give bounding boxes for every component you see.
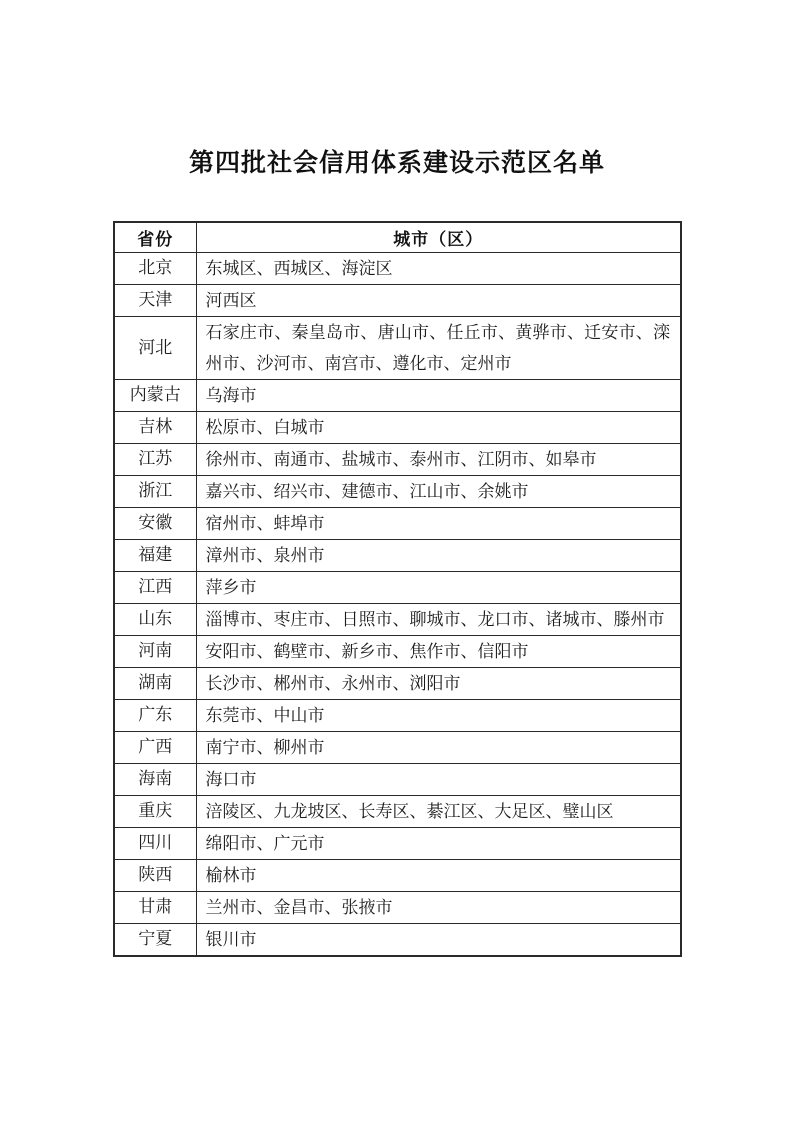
cities-cell: 松原市、白城市 (196, 411, 681, 443)
table-row: 海南 海口市 (114, 763, 681, 795)
cities-cell: 绵阳市、广元市 (196, 827, 681, 859)
province-cell: 四川 (114, 827, 196, 859)
cities-cell: 宿州市、蚌埠市 (196, 507, 681, 539)
province-cell: 海南 (114, 763, 196, 795)
province-cell: 陕西 (114, 859, 196, 891)
province-cell: 河北 (114, 316, 196, 379)
cities-cell: 石家庄市、秦皇岛市、唐山市、任丘市、黄骅市、迁安市、滦州市、沙河市、南宫市、遵化… (196, 316, 681, 379)
document-page: 第四批社会信用体系建设示范区名单 省份 城市（区） 北京 东城区、西城区、海淀区… (0, 0, 794, 1123)
province-cell: 福建 (114, 539, 196, 571)
province-cell: 天津 (114, 284, 196, 316)
province-cell: 广西 (114, 731, 196, 763)
table-row: 四川 绵阳市、广元市 (114, 827, 681, 859)
table-row: 河南 安阳市、鹤壁市、新乡市、焦作市、信阳市 (114, 635, 681, 667)
table-row: 安徽 宿州市、蚌埠市 (114, 507, 681, 539)
table-row: 河北 石家庄市、秦皇岛市、唐山市、任丘市、黄骅市、迁安市、滦州市、沙河市、南宫市… (114, 316, 681, 379)
province-cell: 内蒙古 (114, 379, 196, 411)
province-cell: 河南 (114, 635, 196, 667)
table-row: 广西 南宁市、柳州市 (114, 731, 681, 763)
province-cell: 甘肃 (114, 891, 196, 923)
cities-cell: 东莞市、中山市 (196, 699, 681, 731)
table-row: 北京 东城区、西城区、海淀区 (114, 252, 681, 284)
table-row: 甘肃 兰州市、金昌市、张掖市 (114, 891, 681, 923)
table-header-province: 省份 (114, 222, 196, 252)
table-row: 浙江 嘉兴市、绍兴市、建德市、江山市、余姚市 (114, 475, 681, 507)
province-cell: 宁夏 (114, 923, 196, 956)
table-row: 宁夏 银川市 (114, 923, 681, 956)
table-row: 吉林 松原市、白城市 (114, 411, 681, 443)
page-title: 第四批社会信用体系建设示范区名单 (0, 143, 794, 179)
table-row: 重庆 涪陵区、九龙坡区、长寿区、綦江区、大足区、璧山区 (114, 795, 681, 827)
province-cell: 江西 (114, 571, 196, 603)
cities-cell: 涪陵区、九龙坡区、长寿区、綦江区、大足区、璧山区 (196, 795, 681, 827)
table-header-row: 省份 城市（区） (114, 222, 681, 252)
table-row: 天津 河西区 (114, 284, 681, 316)
province-cell: 重庆 (114, 795, 196, 827)
cities-cell: 兰州市、金昌市、张掖市 (196, 891, 681, 923)
cities-cell: 银川市 (196, 923, 681, 956)
cities-cell: 淄博市、枣庄市、日照市、聊城市、龙口市、诸城市、滕州市 (196, 603, 681, 635)
cities-cell: 漳州市、泉州市 (196, 539, 681, 571)
table-row: 江苏 徐州市、南通市、盐城市、泰州市、江阴市、如皋市 (114, 443, 681, 475)
cities-cell: 长沙市、郴州市、永州市、浏阳市 (196, 667, 681, 699)
cities-cell: 河西区 (196, 284, 681, 316)
demonstration-zones-table: 省份 城市（区） 北京 东城区、西城区、海淀区 天津 河西区 河北 石家庄市、秦… (113, 221, 682, 957)
province-cell: 浙江 (114, 475, 196, 507)
province-cell: 山东 (114, 603, 196, 635)
table-row: 江西 萍乡市 (114, 571, 681, 603)
province-cell: 江苏 (114, 443, 196, 475)
province-cell: 广东 (114, 699, 196, 731)
province-cell: 北京 (114, 252, 196, 284)
table-row: 陕西 榆林市 (114, 859, 681, 891)
cities-cell: 安阳市、鹤壁市、新乡市、焦作市、信阳市 (196, 635, 681, 667)
table-header-cities: 城市（区） (196, 222, 681, 252)
cities-cell: 乌海市 (196, 379, 681, 411)
table-row: 山东 淄博市、枣庄市、日照市、聊城市、龙口市、诸城市、滕州市 (114, 603, 681, 635)
cities-cell: 海口市 (196, 763, 681, 795)
province-cell: 吉林 (114, 411, 196, 443)
cities-cell: 萍乡市 (196, 571, 681, 603)
table-header: 省份 城市（区） (114, 222, 681, 252)
cities-cell: 东城区、西城区、海淀区 (196, 252, 681, 284)
cities-cell: 嘉兴市、绍兴市、建德市、江山市、余姚市 (196, 475, 681, 507)
cities-cell: 徐州市、南通市、盐城市、泰州市、江阴市、如皋市 (196, 443, 681, 475)
cities-cell: 南宁市、柳州市 (196, 731, 681, 763)
province-cell: 湖南 (114, 667, 196, 699)
table-row: 广东 东莞市、中山市 (114, 699, 681, 731)
province-cell: 安徽 (114, 507, 196, 539)
table-row: 福建 漳州市、泉州市 (114, 539, 681, 571)
table-row: 内蒙古 乌海市 (114, 379, 681, 411)
cities-cell: 榆林市 (196, 859, 681, 891)
table-row: 湖南 长沙市、郴州市、永州市、浏阳市 (114, 667, 681, 699)
table-body: 北京 东城区、西城区、海淀区 天津 河西区 河北 石家庄市、秦皇岛市、唐山市、任… (114, 252, 681, 956)
